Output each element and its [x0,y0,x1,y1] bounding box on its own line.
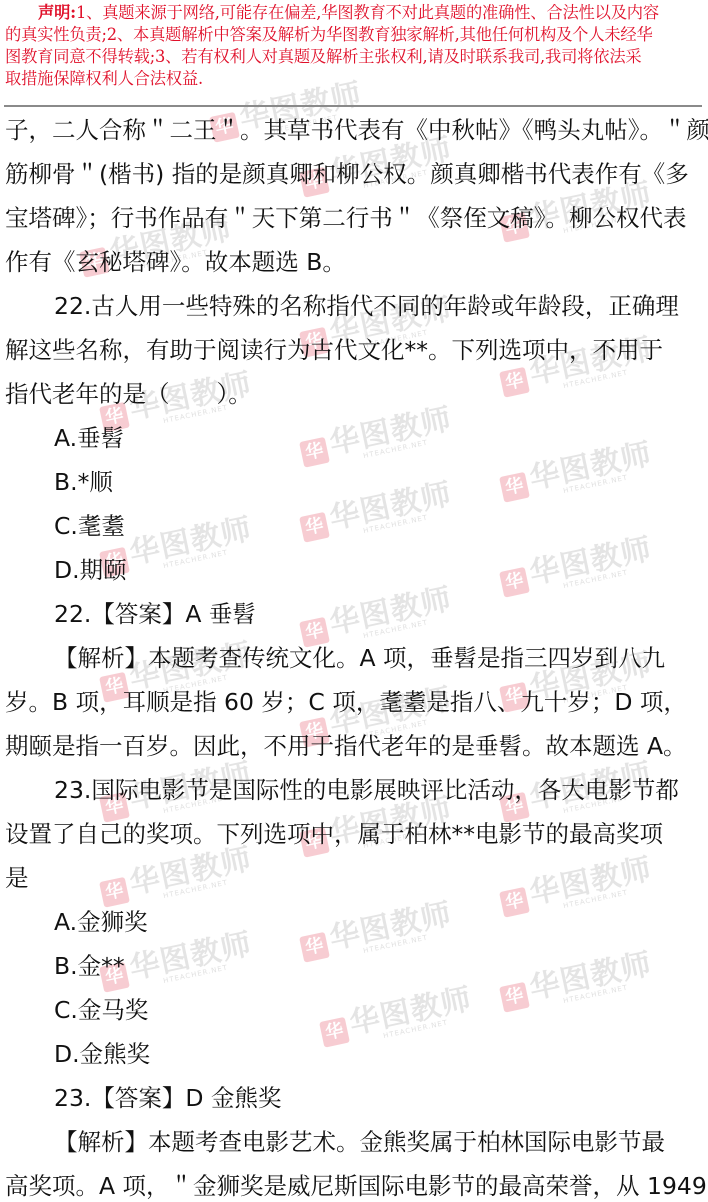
option-d: D.金熊奖 [5,1032,705,1076]
option-a: A.金狮奖 [5,900,705,944]
question-23: 23.国际电影节是国际性的电影展映评比活动，各大电影节都 设置了自己的奖项。下列… [5,768,705,1202]
analysis-line: 宝塔碑》；行书作品有＂天下第二行书＂《祭侄文稿》。柳公权代表 [5,196,705,240]
question-stem-line: 设置了自己的奖项。下列选项中，属于柏林**电影节的最高奖项 [5,812,705,856]
analysis-line: 【解析】本题考查电影艺术。金熊奖属于柏林国际电影节最 [5,1120,705,1164]
option-c: C.耄耋 [5,504,705,548]
analysis-line: 期颐是指一百岁。因此，不用于指代老年的是垂髫。故本题选 A。 [5,724,705,768]
disclaimer-line: 取措施保障权利人合法权益. [5,68,705,90]
question-stem-line: 是 [5,856,705,900]
option-c: C.金马奖 [5,988,705,1032]
answer-line: 23.【答案】D 金熊奖 [5,1076,705,1120]
option-d: D.期颐 [5,548,705,592]
question-stem-line: 22.古人用一些特殊的名称指代不同的年龄或年龄段，正确理 [5,284,705,328]
question-stem-line: 解这些名称，有助于阅读行为古代文化**。下列选项中，不用于 [5,328,705,372]
question-22: 22.古人用一些特殊的名称指代不同的年龄或年龄段，正确理 解这些名称，有助于阅读… [5,284,705,768]
question-stem-line: 23.国际电影节是国际性的电影展映评比活动，各大电影节都 [5,768,705,812]
disclaimer-line: 的真实性负责;2、本真题解析中答案及解析为华图教育独家解析,其他任何机构及个人未… [5,24,705,46]
analysis-line: 岁。B 项，耳顺是指 60 岁；C 项，耄耋是指八、九十岁；D 项， [5,680,705,724]
option-b: B.金** [5,944,705,988]
disclaimer-text: 1、真题来源于网络,可能存在偏差,华图教育不对此真题的准确性、合法性以及内容 [76,3,659,22]
disclaimer: 声明:1、真题来源于网络,可能存在偏差,华图教育不对此真题的准确性、合法性以及内… [5,2,705,90]
disclaimer-line: 声明:1、真题来源于网络,可能存在偏差,华图教育不对此真题的准确性、合法性以及内… [5,2,705,24]
header-divider [4,105,702,107]
disclaimer-lead: 声明: [38,3,76,22]
question-stem-line: 指代老年的是（ ）。 [5,372,705,416]
option-b: B.*顺 [5,460,705,504]
analysis-line: 【解析】本题考查传统文化。A 项，垂髫是指三四岁到八九 [5,636,705,680]
previous-analysis: 子，二人合称＂二王＂。其草书代表有《中秋帖》《鸭头丸帖》。＂颜 筋柳骨＂(楷书)… [5,108,705,284]
disclaimer-line: 图教育同意不得转载;3、若有权利人对真题及解析主张权利,请及时联系我司,我司将依… [5,46,705,68]
option-a: A.垂髫 [5,416,705,460]
analysis-line: 筋柳骨＂(楷书) 指的是颜真卿和柳公权。颜真卿楷书代表作有《多 [5,152,705,196]
analysis-line: 作有《玄秘塔碑》。故本题选 B。 [5,240,705,284]
answer-line: 22.【答案】A 垂髫 [5,592,705,636]
analysis-line: 子，二人合称＂二王＂。其草书代表有《中秋帖》《鸭头丸帖》。＂颜 [5,108,705,152]
document-body: 子，二人合称＂二王＂。其草书代表有《中秋帖》《鸭头丸帖》。＂颜 筋柳骨＂(楷书)… [5,108,705,1202]
analysis-line: 高奖项。A 项，＂金狮奖是威尼斯国际电影节的最高荣誉，从 1949 [5,1164,705,1202]
